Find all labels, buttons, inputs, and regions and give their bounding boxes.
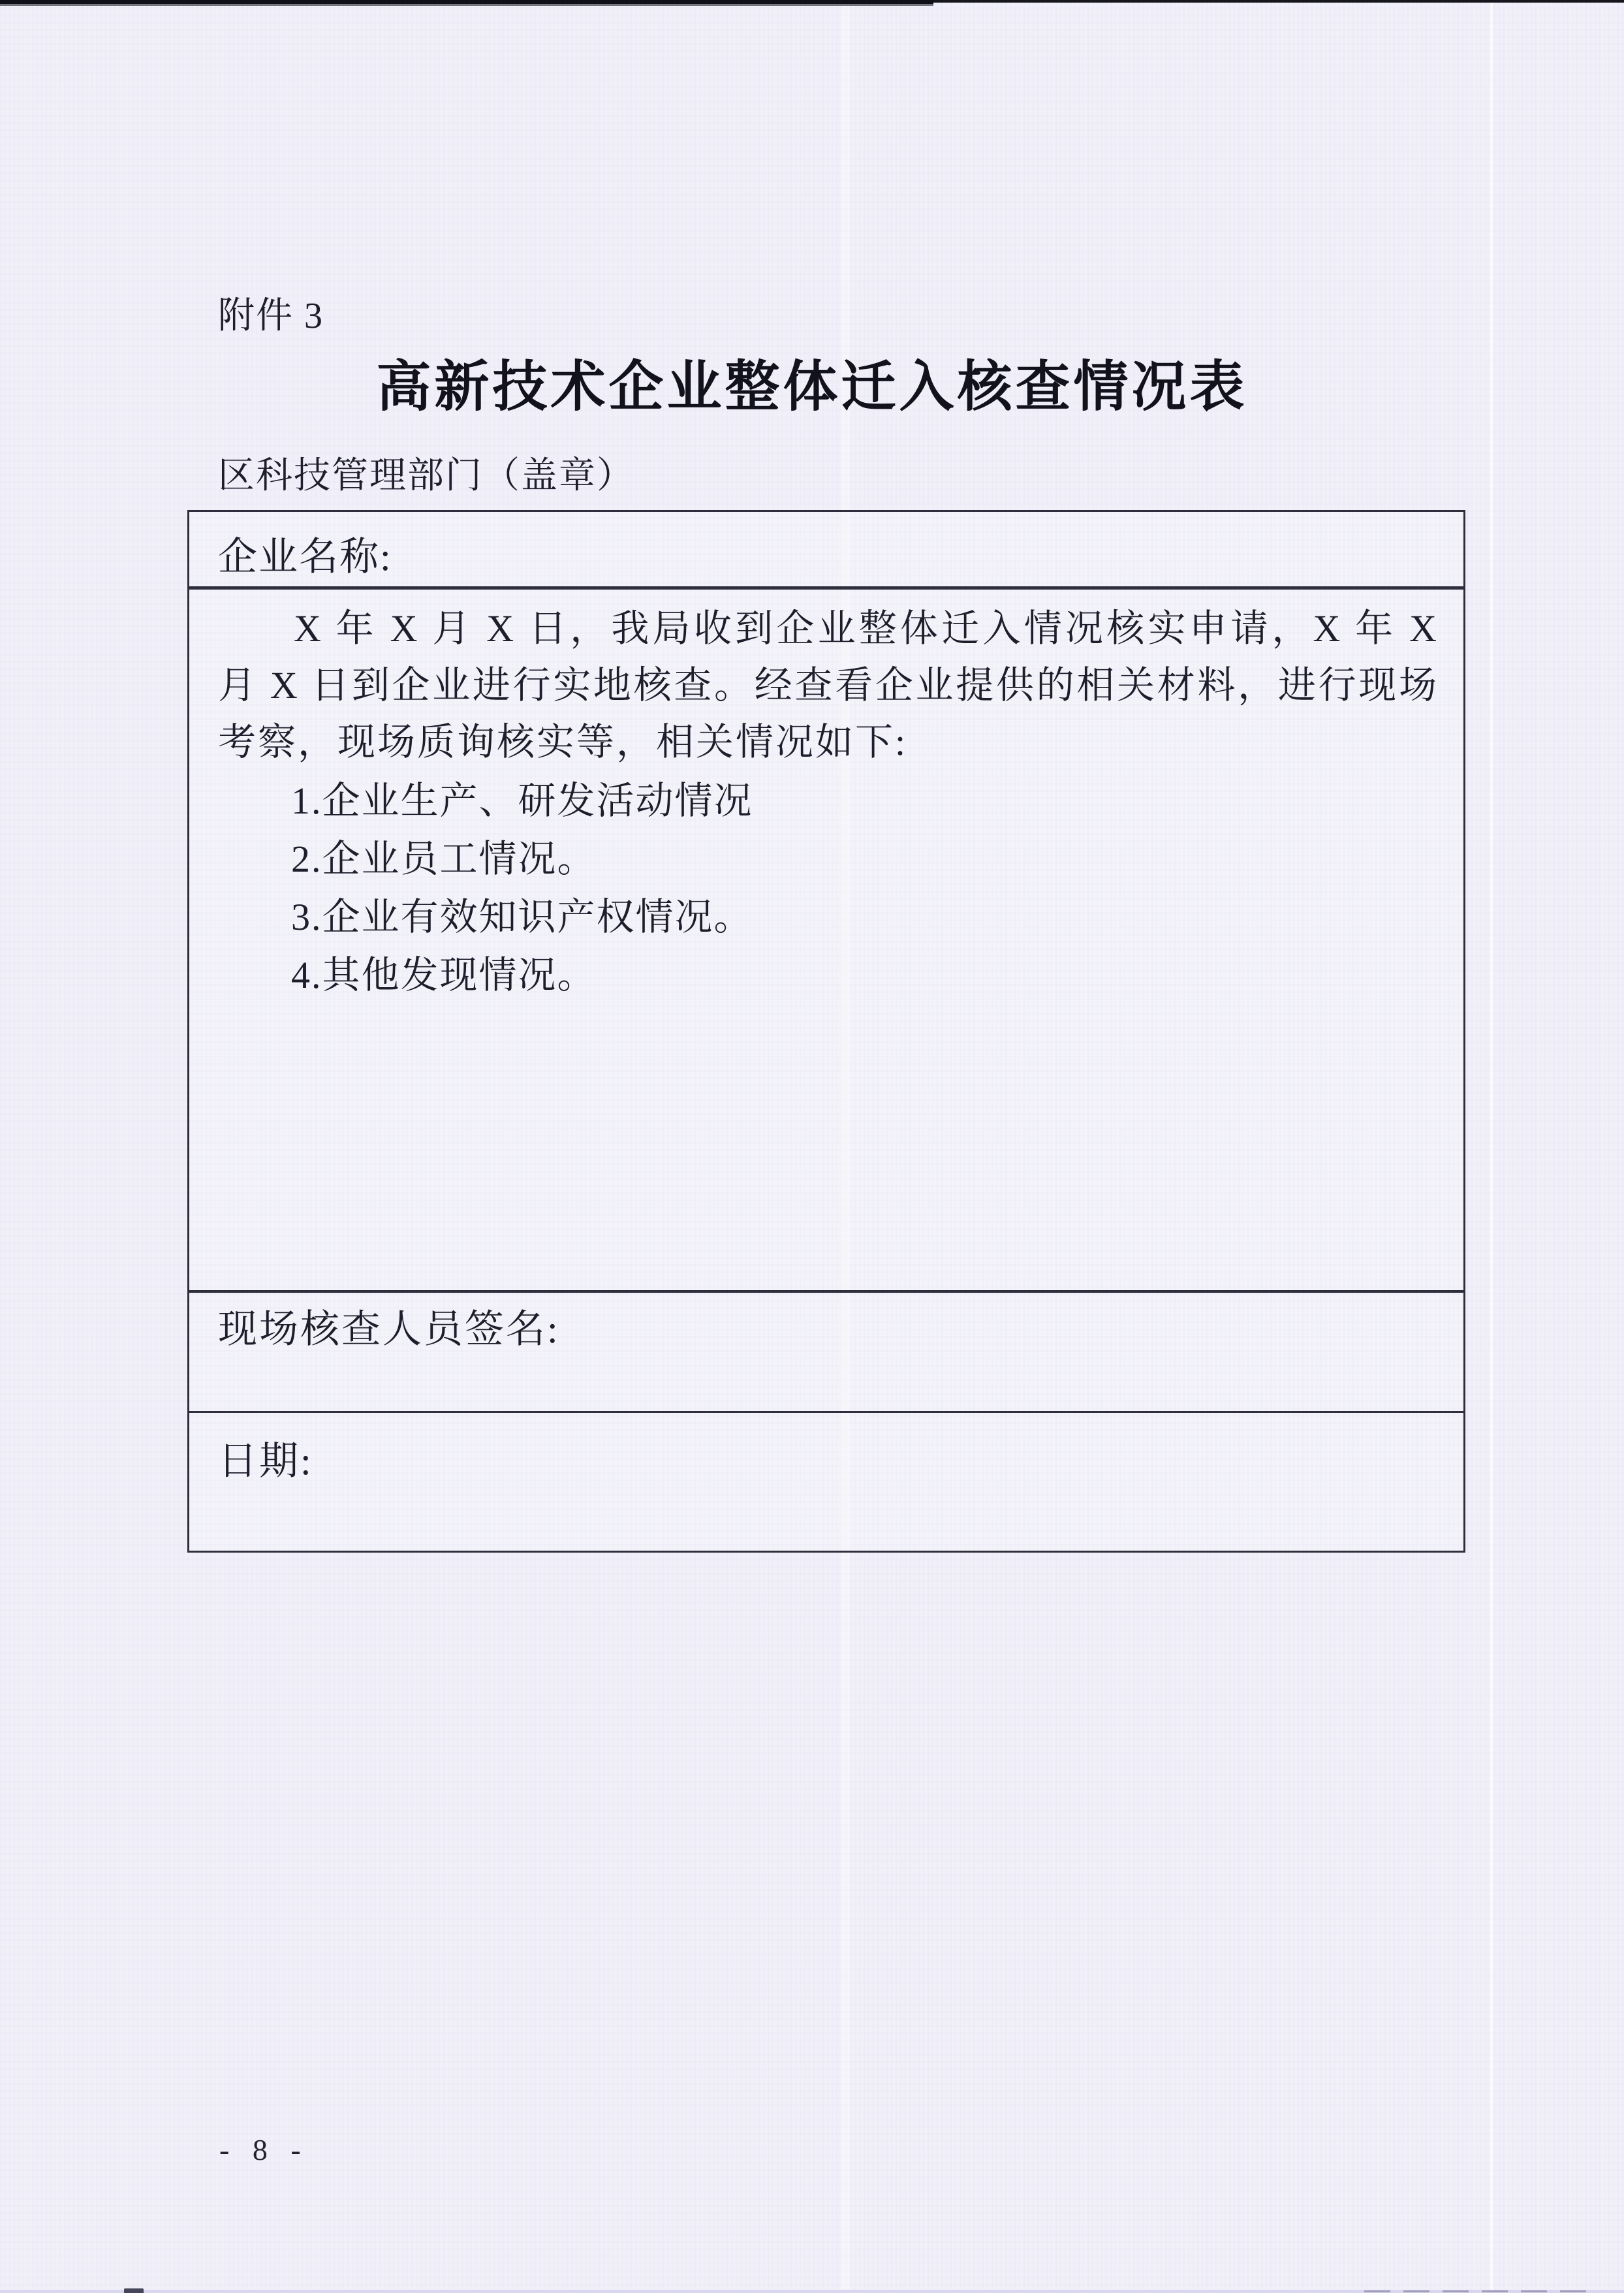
inspector-signature-label: 现场核查人员签名:	[218, 1308, 560, 1351]
document-title: 高新技术企业整体迁入核查情况表	[0, 356, 1624, 419]
findings-list: 1.企业生产、研发活动情况 2.企业员工情况。 3.企业有效知识产权情况。 4.…	[218, 772, 1439, 1004]
finding-item-2: 2.企业员工情况。	[291, 830, 1439, 888]
finding-item-3: 3.企业有效知识产权情况。	[291, 888, 1439, 946]
inspector-signature-row: 现场核查人员签名:	[189, 1290, 1463, 1411]
verification-body-row: X 年 X 月 X 日，我局收到企业整体迁入情况核实申请，X 年 X 月 X 日…	[189, 586, 1463, 1290]
scan-crease-artifact	[1490, 0, 1493, 2293]
attachment-label: 附件 3	[218, 295, 324, 337]
department-seal-line: 区科技管理部门（盖章）	[218, 454, 634, 498]
date-row: 日期:	[189, 1411, 1463, 1551]
scan-mark-artifact-bottom-left	[124, 2288, 144, 2293]
scan-edge-artifact-top-left	[0, 0, 933, 6]
finding-item-4: 4.其他发现情况。	[291, 946, 1439, 1004]
finding-item-1: 1.企业生产、研发活动情况	[291, 772, 1439, 830]
company-name-row: 企业名称:	[189, 512, 1463, 586]
company-name-label: 企业名称:	[218, 535, 392, 578]
verification-form-table: 企业名称: X 年 X 月 X 日，我局收到企业整体迁入情况核实申请，X 年 X…	[187, 510, 1465, 1553]
date-label: 日期:	[218, 1440, 313, 1483]
scanned-document-page: 附件 3 高新技术企业整体迁入核查情况表 区科技管理部门（盖章） 企业名称: X…	[0, 0, 1624, 2293]
page-number: - 8 -	[219, 2132, 309, 2168]
verification-narrative: X 年 X 月 X 日，我局收到企业整体迁入情况核实申请，X 年 X 月 X 日…	[218, 600, 1439, 770]
scan-dashes-artifact-bottom-right	[1364, 2290, 1586, 2292]
